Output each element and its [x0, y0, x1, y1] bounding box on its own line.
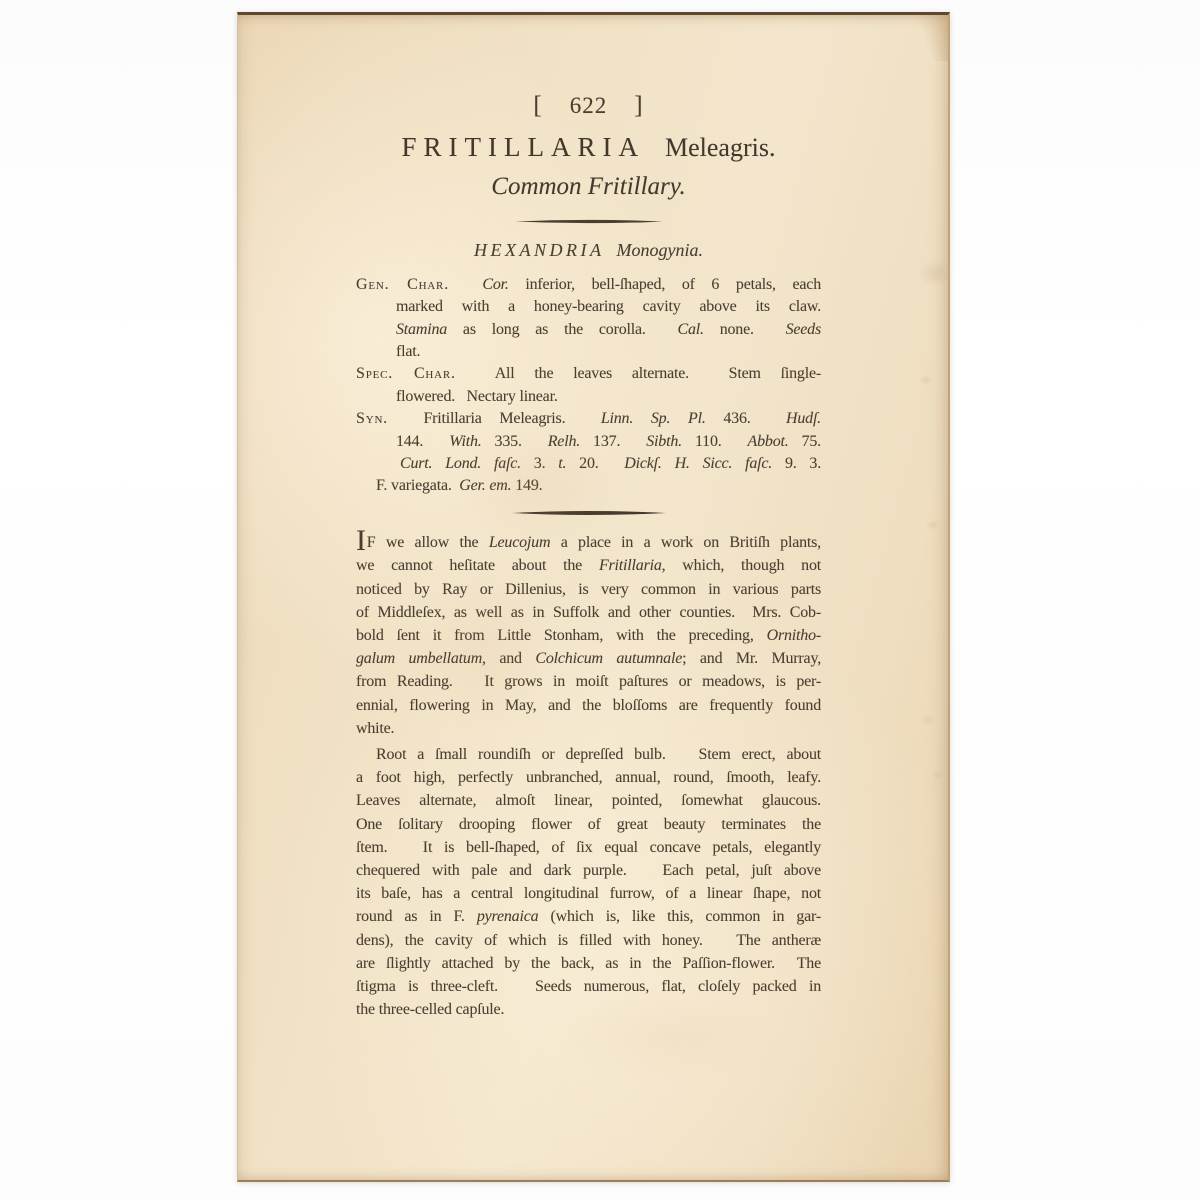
text-line: white.	[356, 717, 821, 740]
text-line: flowered. Nectary linear.	[356, 386, 821, 408]
text-line: ſtem. It is bell-ſhaped, of ſix equal co…	[356, 836, 821, 859]
text-line: Stamina as long as the corolla. Cal. non…	[356, 319, 821, 341]
species-title: FRITILLARIAMeleagris.	[356, 131, 821, 168]
text-line: ſtigma is three-cleft. Seeds numerous, f…	[356, 975, 821, 998]
text-line: Gen. Char. Cor. inferior, bell-ſhaped, o…	[356, 274, 821, 296]
swelled-rule-icon	[515, 219, 663, 224]
text-line: its baſe, has a central longitudinal fur…	[356, 882, 821, 905]
generic-character-section: Gen. Char. Cor. inferior, bell-ſhaped, o…	[356, 274, 821, 364]
text-line: the three-celled capſule.	[356, 998, 821, 1021]
page-number-bracket-left: [	[533, 92, 542, 119]
specific-character-section: Spec. Char. All the leaves alternate. St…	[356, 363, 821, 408]
text-line: chequered with pale and dark purple. Eac…	[356, 859, 821, 882]
text-line: are ſlightly attached by the back, as in…	[356, 952, 821, 975]
linnaean-class-line: HEXANDRIAMonogynia.	[356, 238, 821, 262]
genus-name: FRITILLARIA	[402, 132, 645, 162]
text-line: 144. With. 335. Relh. 137. Sibth. 110. A…	[356, 431, 821, 453]
text-line: noticed by Ray or Dillenius, is very com…	[356, 578, 821, 601]
text-line: Curt. Lond. faſc. 3. t. 20. Dickſ. H. Si…	[356, 453, 821, 475]
class-name: HEXANDRIA	[474, 240, 604, 260]
body-paragraph-1: IF we allow the Leucojum a place in a wo…	[356, 531, 821, 740]
text-line: IF we allow the Leucojum a place in a wo…	[356, 531, 821, 554]
text-line: dens), the cavity of which is filled wit…	[356, 929, 821, 952]
divider-rule-top	[356, 218, 821, 224]
body-paragraph-2: Root a ſmall roundiſh or depreſſed bulb.…	[356, 743, 821, 1021]
text-line: we cannot heſitate about the Fritillaria…	[356, 554, 821, 577]
swelled-rule-icon	[512, 510, 666, 516]
divider-rule-middle	[356, 510, 821, 516]
text-line: F. variegata. Ger. em. 149.	[356, 475, 821, 497]
text-line: of Middleſex, as well as in Suffolk and …	[356, 601, 821, 624]
page-number-line: [622]	[356, 91, 821, 121]
common-name-subtitle: Common Fritillary.	[356, 172, 821, 202]
book-page: [622] FRITILLARIAMeleagris. Common Friti…	[237, 12, 950, 1182]
text-line: Root a ſmall roundiſh or depreſſed bulb.…	[356, 743, 821, 766]
order-name: Monogynia.	[617, 240, 703, 260]
page-number-bracket-right: ]	[634, 92, 643, 119]
page-number: 622	[570, 93, 608, 118]
page-content: [622] FRITILLARIAMeleagris. Common Friti…	[238, 15, 948, 1180]
synonyms-section: Syn. Fritillaria Meleagris. Linn. Sp. Pl…	[356, 408, 821, 498]
text-line: galum umbellatum, and Colchicum autumnal…	[356, 647, 821, 670]
text-line: marked with a honey-bearing cavity above…	[356, 296, 821, 318]
text-line: Leaves alternate, almoſt linear, pointed…	[356, 789, 821, 812]
text-line: bold ſent it from Little Stonham, with t…	[356, 624, 821, 647]
text-line: Syn. Fritillaria Meleagris. Linn. Sp. Pl…	[356, 408, 821, 430]
text-line: round as in F. pyrenaica (which is, like…	[356, 905, 821, 928]
text-line: a foot high, perfectly unbranched, annua…	[356, 766, 821, 789]
text-line: ennial, flowering in May, and the bloſſo…	[356, 694, 821, 717]
text-line: from Reading. It grows in moiſt paſtures…	[356, 670, 821, 693]
text-line: One ſolitary drooping flower of great be…	[356, 813, 821, 836]
text-line: flat.	[356, 341, 821, 363]
text-line: Spec. Char. All the leaves alternate. St…	[356, 363, 821, 385]
species-epithet: Meleagris.	[665, 133, 775, 162]
